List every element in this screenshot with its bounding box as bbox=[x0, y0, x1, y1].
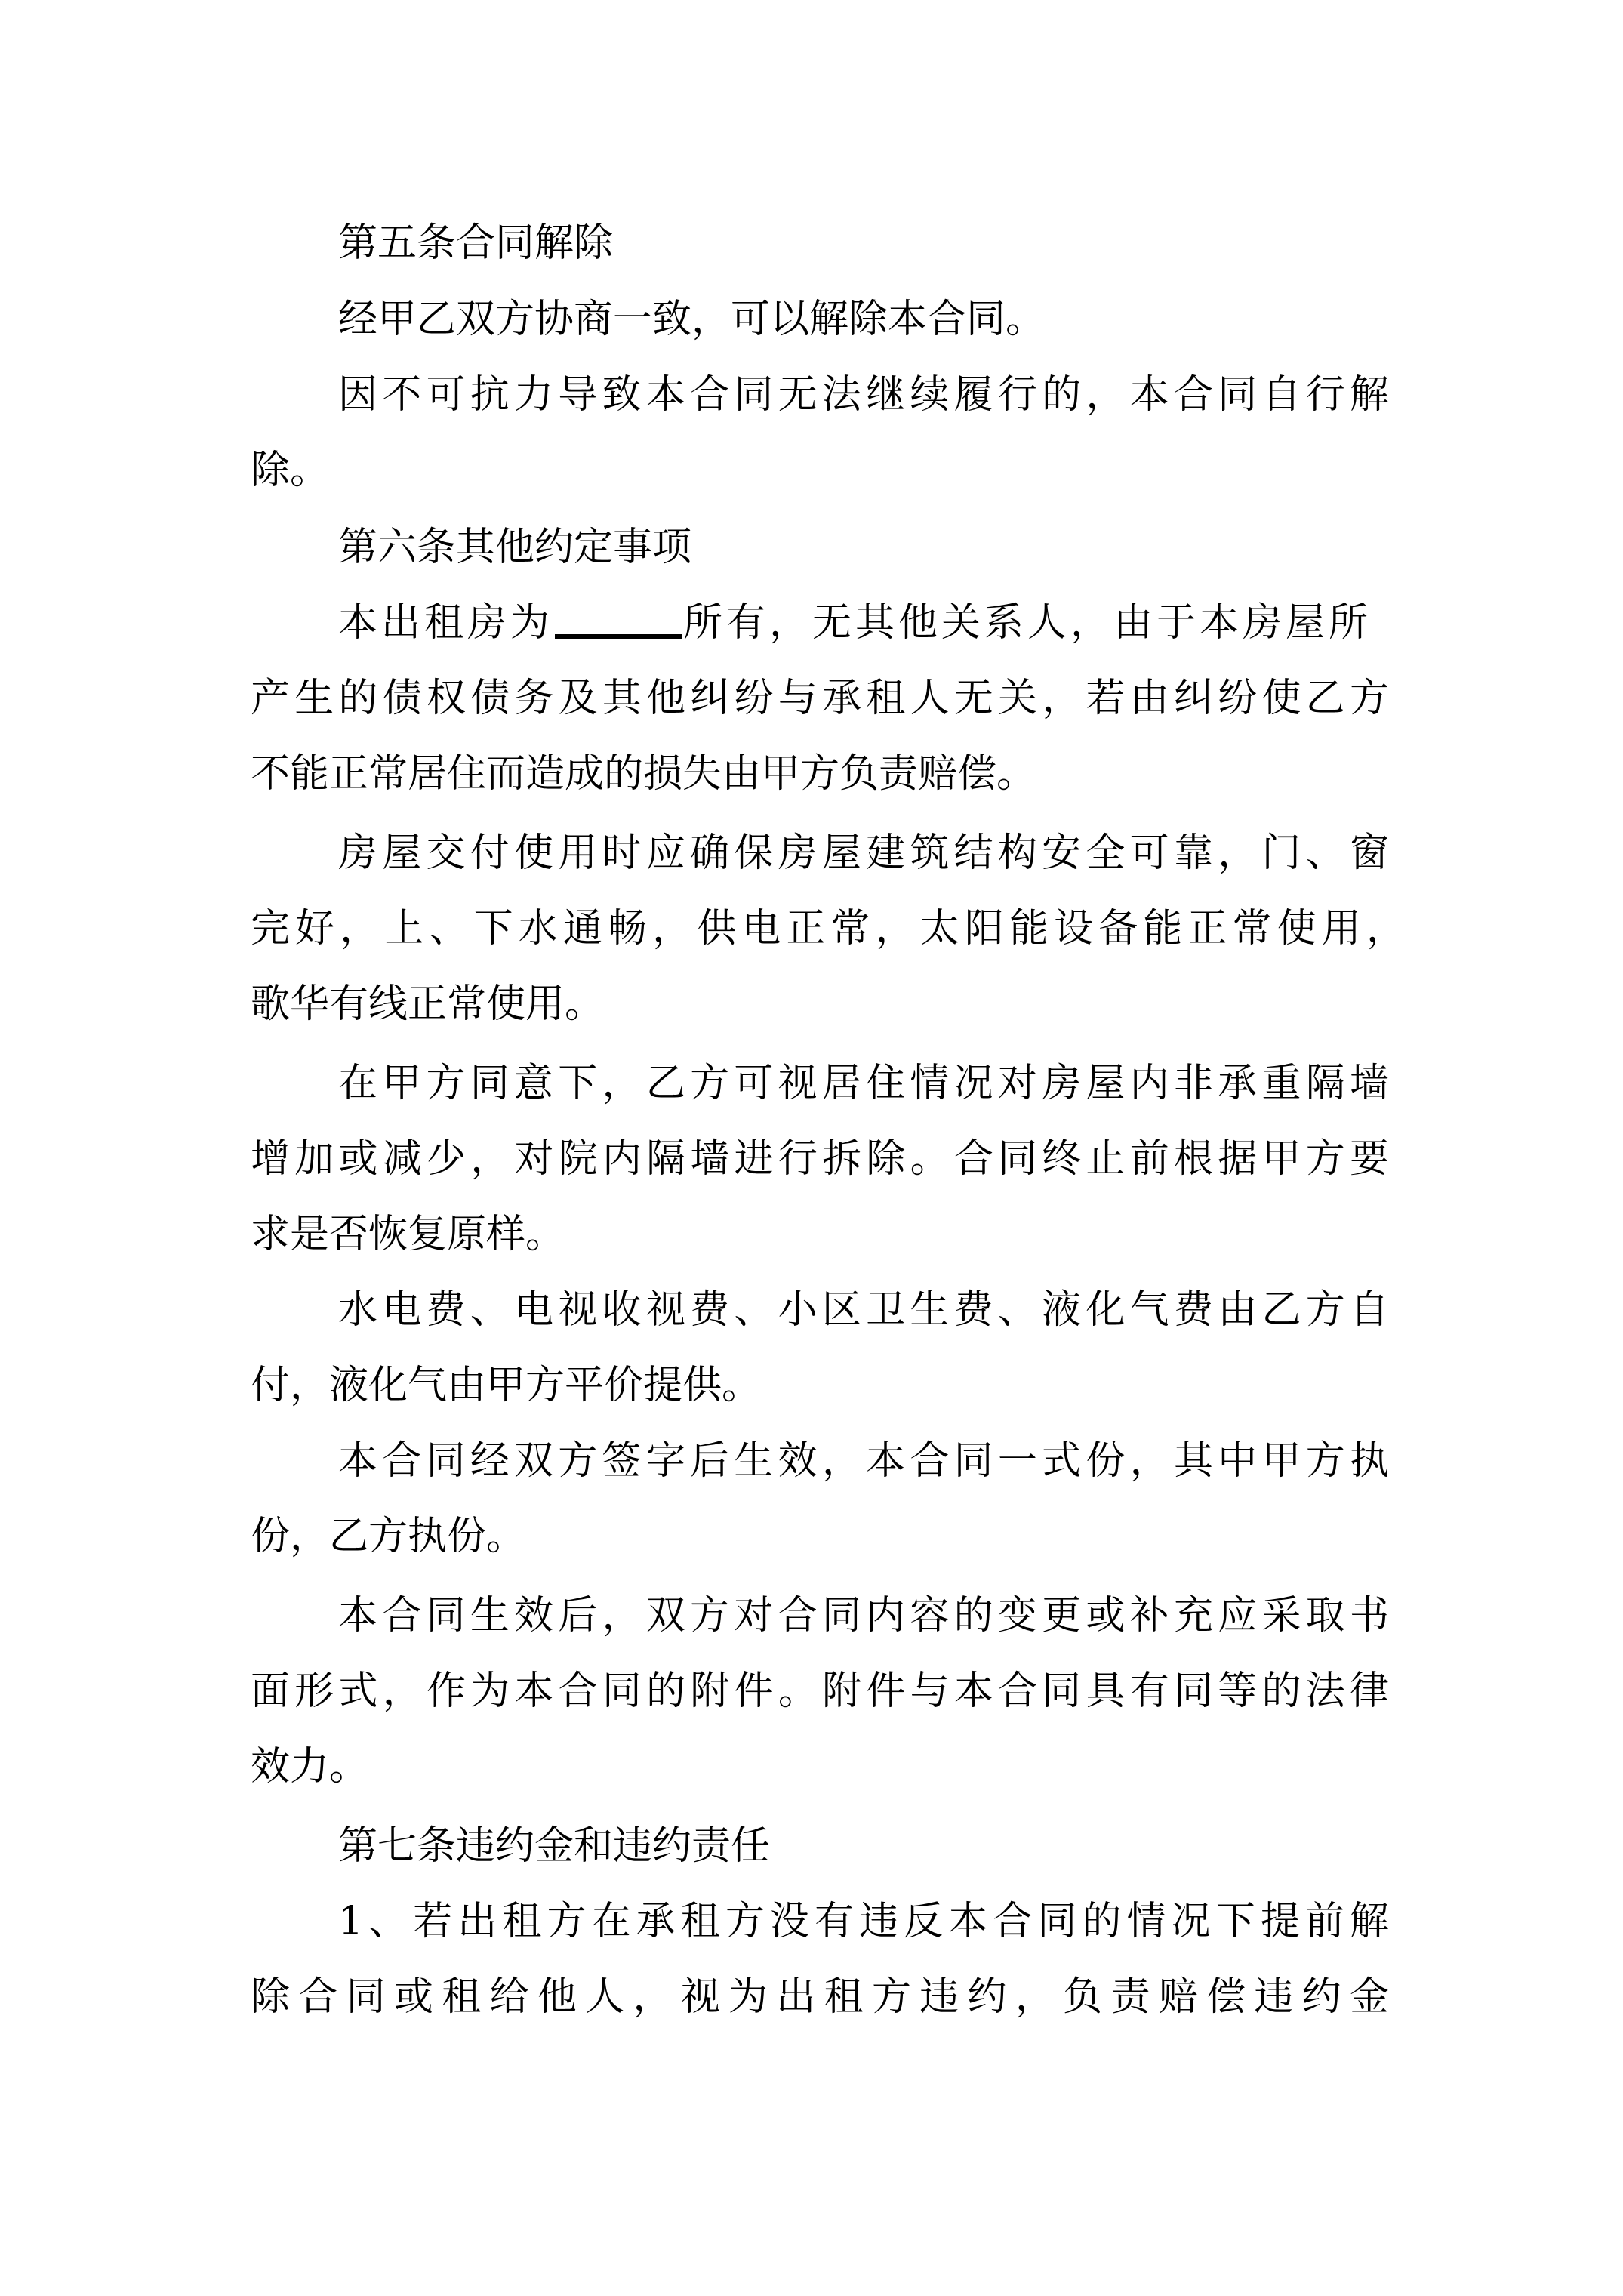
paragraph-line: 完好，上、下水通畅，供电正常，太阳能设备能正常使用， bbox=[251, 906, 1406, 951]
paragraph-line: 在甲方同意下，乙方可视居住情况对房屋内非承重隔墙 bbox=[338, 1061, 1389, 1106]
paragraph-line: 因不可抗力导致本合同无法继续履行的，本合同自行解 bbox=[338, 372, 1389, 418]
paragraph-line: 本合同经双方签字后生效，本合同一式份，其中甲方执 bbox=[338, 1438, 1389, 1484]
paragraph-line: 除。 bbox=[251, 448, 329, 493]
section-heading-7: 第七条违约金和违约责任 bbox=[338, 1823, 770, 1869]
paragraph-line: 增加或减少，对院内隔墙进行拆除。合同终止前根据甲方要 bbox=[251, 1136, 1389, 1182]
paragraph-line: 除合同或租给他人，视为出租方违约，负责赔偿违约金 bbox=[251, 1974, 1389, 2020]
section-heading-6: 第六条其他约定事项 bbox=[338, 525, 691, 570]
paragraph-line: 效力。 bbox=[251, 1744, 368, 1789]
paragraph-line: 付，液化气由甲方平价提供。 bbox=[251, 1363, 761, 1408]
paragraph-line: 产生的债权债务及其他纠纷与承租人无关，若由纠纷使乙方 bbox=[251, 676, 1389, 721]
paragraph-line: 本合同生效后，双方对合同内容的变更或补充应采取书 bbox=[338, 1593, 1389, 1638]
paragraph-line: 面形式，作为本合同的附件。附件与本合同具有同等的法律 bbox=[251, 1669, 1389, 1714]
document-page: 第五条合同解除 经甲乙双方协商一致，可以解除本合同。 因不可抗力导致本合同无法继… bbox=[0, 0, 1623, 2296]
paragraph-line: 本出租房为所有，无其他关系人，由于本房屋所 bbox=[338, 600, 1389, 646]
section-heading-5: 第五条合同解除 bbox=[338, 220, 613, 266]
paragraph-line: 经甲乙双方协商一致，可以解除本合同。 bbox=[338, 297, 1045, 342]
paragraph-line: 求是否恢复原样。 bbox=[251, 1212, 565, 1257]
paragraph-line: 1、若出租方在承租方没有违反本合同的情况下提前解 bbox=[338, 1899, 1389, 1944]
paragraph-line: 份，乙方执份。 bbox=[251, 1514, 525, 1559]
paragraph-line: 水电费、电视收视费、小区卫生费、液化气费由乙方自 bbox=[338, 1287, 1389, 1333]
paragraph-line: 不能正常居住而造成的损失由甲方负责赔偿。 bbox=[251, 751, 1036, 797]
paragraph-text: 所有，无其他关系人，由于本房屋所 bbox=[683, 600, 1372, 646]
fill-in-blank bbox=[555, 634, 682, 639]
paragraph-line: 房屋交付使用时应确保房屋建筑结构安全可靠，门、窗 bbox=[338, 831, 1389, 876]
paragraph-line: 歌华有线正常使用。 bbox=[251, 982, 604, 1027]
paragraph-text: 本出租房为 bbox=[338, 600, 553, 646]
